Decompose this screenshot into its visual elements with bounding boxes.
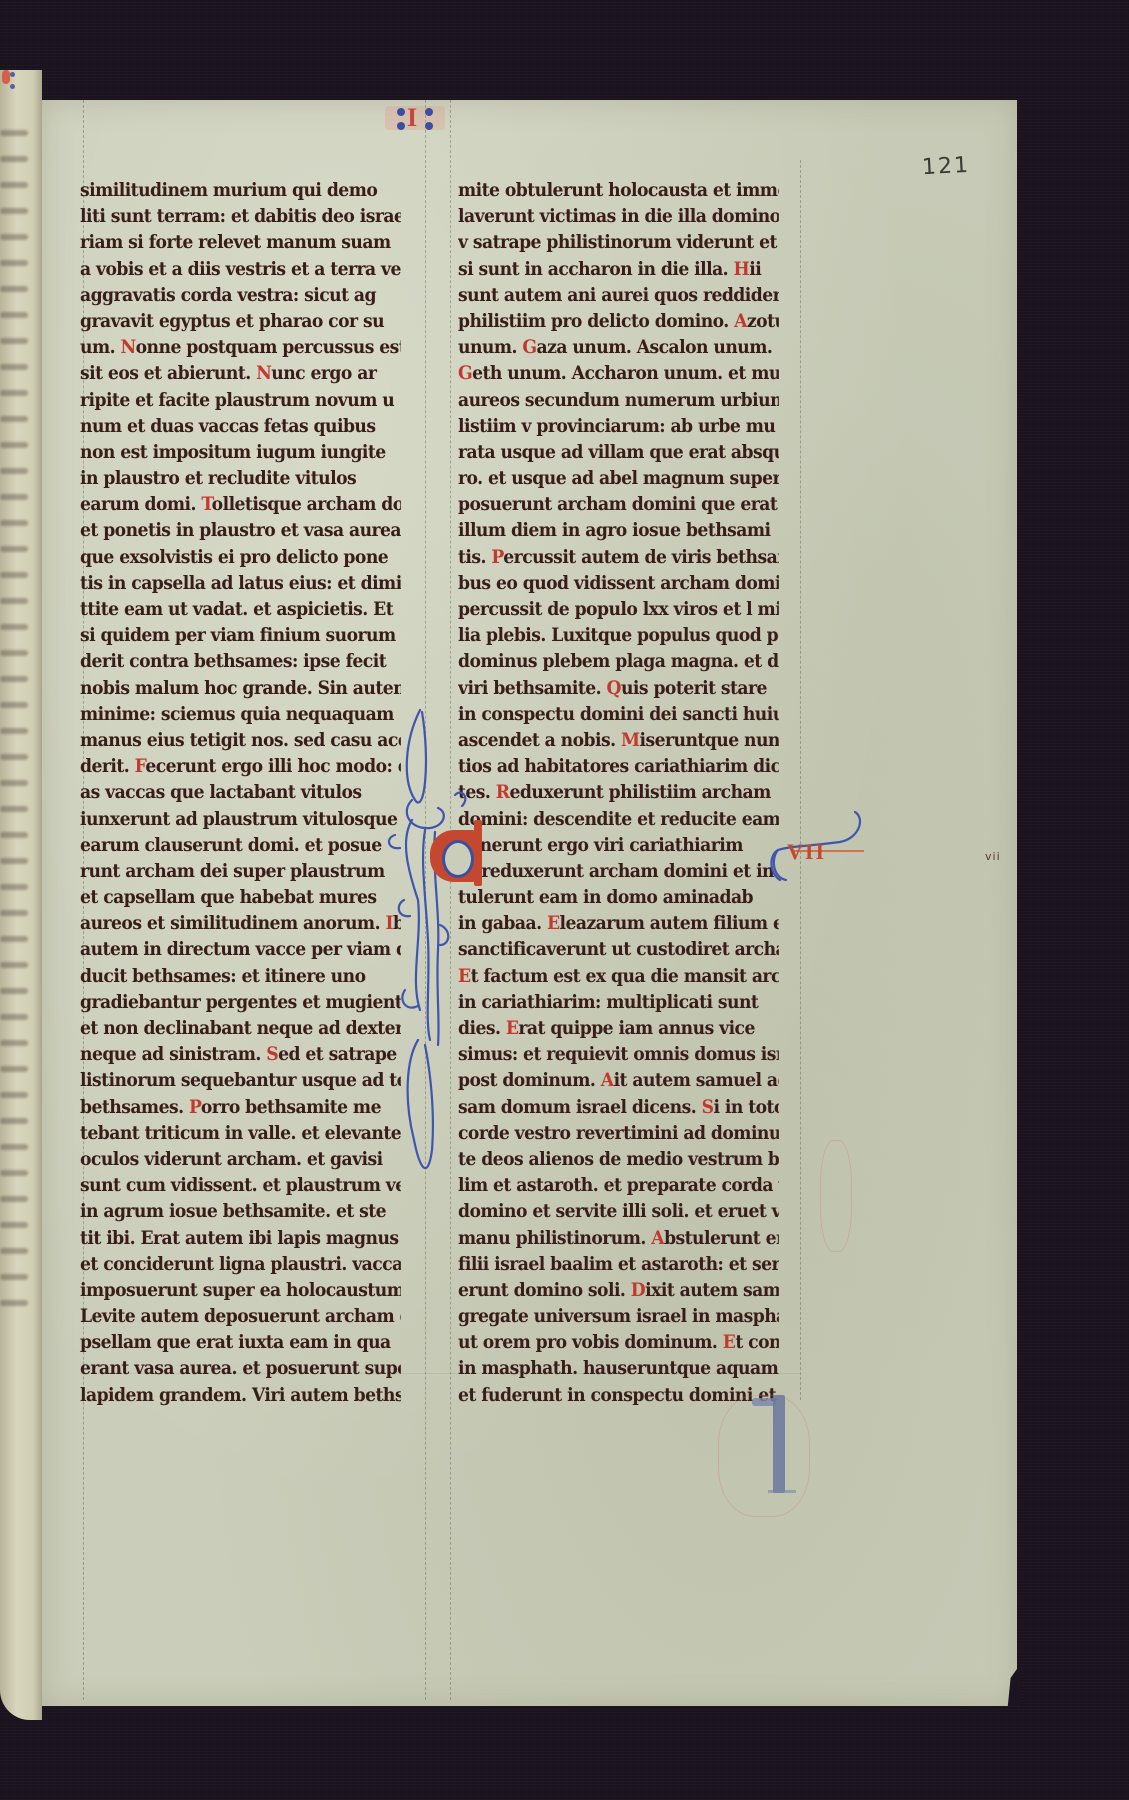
underdrawing-sketch	[718, 1395, 810, 1517]
text-line: in plaustro et recludite vitulos	[80, 466, 401, 492]
text-line: percussit de populo lxx viros et l mi	[458, 597, 779, 623]
bleed-through-text	[0, 806, 28, 812]
text-line: sunt autem ani aurei quos reddiderunt	[458, 283, 779, 309]
text-line: v satrape philistinorum viderunt et reve…	[458, 230, 779, 256]
text-line: erunt domino soli. Dixit autem samuel. C…	[458, 1278, 779, 1304]
text-line: tit ibi. Erat autem ibi lapis magnus	[80, 1226, 401, 1252]
rubricated-capital: M	[621, 730, 639, 751]
bleed-through-text	[0, 988, 28, 994]
text-line: dominus plebem plaga magna. et dixerunt	[458, 649, 779, 675]
text-line: et reduxerunt archam domini et in	[458, 859, 779, 885]
text-line: listinorum sequebantur usque ad terminos	[80, 1068, 401, 1094]
text-line: gregate universum israel in masphath	[458, 1304, 779, 1330]
bleed-through-text	[0, 1014, 28, 1020]
text-line: illum diem in agro iosue bethsami	[458, 518, 779, 544]
initial-filigree	[442, 840, 474, 878]
bleed-through-text	[0, 156, 28, 162]
text-line: neque ad sinistram. Sed et satrape phi	[80, 1042, 401, 1068]
bleed-through-text	[0, 962, 28, 968]
bleed-through-text	[0, 442, 28, 448]
text-column-right: mite obtulerunt holocausta et immolaveru…	[458, 178, 803, 1409]
bleed-through-text	[0, 754, 28, 760]
rubricated-capital: I	[385, 913, 392, 934]
text-line: bethsames. Porro bethsamite me	[80, 1095, 401, 1121]
bleed-through-text	[0, 676, 28, 682]
text-line: si quidem per viam finium suorum ascen	[80, 623, 401, 649]
text-line: as vaccas que lactabant vitulos	[80, 780, 401, 806]
text-line: domino et servite illi soli. et eruet vo…	[458, 1199, 779, 1225]
text-line: autem in directum vacce per viam que	[80, 937, 401, 963]
rubric-mark	[2, 70, 10, 84]
text-line: tios ad habitatores cariathiarim dicen	[458, 754, 779, 780]
bleed-through-text	[0, 390, 28, 396]
text-line: manu philistinorum. Abstulerunt ergo	[458, 1226, 779, 1252]
text-line: sam domum israel dicens. Si in toto	[458, 1095, 779, 1121]
text-line: philistiim pro delicto domino. Azotus	[458, 309, 779, 335]
blue-dot-icon	[10, 72, 15, 77]
text-line: minime: sciemus quia nequaquam	[80, 702, 401, 728]
text-line: imposuerunt super ea holocaustum domino.	[80, 1278, 401, 1304]
text-line: riam si forte relevet manum suam	[80, 230, 401, 256]
underdrawing-sketch	[820, 1140, 852, 1252]
ruling-line	[425, 100, 426, 1700]
bleed-through-text	[0, 182, 28, 188]
bleed-through-text	[0, 1118, 28, 1124]
bleed-through-text	[0, 702, 28, 708]
bleed-through-text	[0, 260, 28, 266]
text-line: viri bethsamite. Quis poterit stare	[458, 676, 779, 702]
running-head: I	[385, 104, 445, 132]
rubricated-capital: H	[734, 259, 750, 280]
text-line: aggravatis corda vestra: sicut ag	[80, 283, 401, 309]
bleed-through-text	[0, 1144, 28, 1150]
text-line: que exsolvistis ei pro delicto pone	[80, 545, 401, 571]
text-line: lapidem grandem. Viri autem bethsa	[80, 1383, 401, 1409]
rubricated-capital: A	[651, 1228, 664, 1249]
bleed-through-text	[0, 1196, 28, 1202]
text-line: lia plebis. Luxitque populus quod percus…	[458, 623, 779, 649]
rubricated-capital: A	[734, 311, 747, 332]
initial-i-base	[768, 1490, 796, 1493]
bleed-through-text	[0, 598, 28, 604]
bleed-through-text	[0, 1300, 28, 1306]
text-line: et ponetis in plaustro et vasa aurea	[80, 518, 401, 544]
bleed-through-text	[0, 130, 28, 136]
text-line: aureos secundum numerum urbium phi	[458, 388, 779, 414]
text-line: liti sunt terram: et dabitis deo israel …	[80, 204, 401, 230]
bleed-through-text	[0, 416, 28, 422]
text-line: te deos alienos de medio vestrum baa	[458, 1147, 779, 1173]
text-line: listiim v provinciarum: ab urbe mu	[458, 414, 779, 440]
margin-chapter-note: vii	[985, 850, 1001, 863]
ruling-line	[450, 100, 451, 1700]
text-line: ripite et facite plaustrum novum u	[80, 388, 401, 414]
text-line: runt archam dei super plaustrum	[80, 859, 401, 885]
text-line: posuerunt archam domini que erat usque i…	[458, 492, 779, 518]
bleed-through-text	[0, 936, 28, 942]
text-line: et non declinabant neque ad dexteram	[80, 1016, 401, 1042]
blue-dot-icon	[397, 108, 405, 116]
bleed-through-text	[0, 234, 28, 240]
text-line: unum. Gaza unum. Ascalon unum.	[458, 335, 779, 361]
rubricated-capital: E	[458, 966, 471, 987]
text-line: similitudinem murium qui demo	[80, 178, 401, 204]
text-line: ascendet a nobis. Miseruntque nun	[458, 728, 779, 754]
text-line: non est impositum iugum iungite	[80, 440, 401, 466]
text-line: et capsellam que habebat mures	[80, 885, 401, 911]
bleed-through-text	[0, 884, 28, 890]
rubricated-capital: G	[458, 363, 472, 384]
bleed-through-text	[0, 624, 28, 630]
text-line: tis in capsella ad latus eius: et dimi	[80, 571, 401, 597]
text-line: tes. Reduxerunt philistiim archam	[458, 780, 779, 806]
bleed-through-text	[0, 1040, 28, 1046]
text-line: filii israel baalim et astaroth: et serv…	[458, 1252, 779, 1278]
unfinished-initial-i	[773, 1395, 785, 1493]
text-line: Geth unum. Accharon unum. et mures	[458, 361, 779, 387]
text-line: ro. et usque ad abel magnum super quem	[458, 466, 779, 492]
rubricated-capital: N	[120, 337, 135, 358]
bleed-through-text	[0, 1248, 28, 1254]
text-line: ducit bethsames: et itinere uno	[80, 964, 401, 990]
blue-dot-icon	[397, 122, 405, 130]
bleed-through-text	[0, 572, 28, 578]
text-column-left: similitudinem murium qui demoliti sunt t…	[80, 178, 425, 1409]
text-line: nobis malum hoc grande. Sin autem	[80, 676, 401, 702]
text-line: a vobis et a diis vestris et a terra ves…	[80, 257, 401, 283]
text-line: psellam que erat iuxta eam in qua	[80, 1330, 401, 1356]
text-line: gradiebantur pergentes et mugientes	[80, 990, 401, 1016]
folio-number: 121	[921, 153, 970, 180]
bleed-through-text	[0, 364, 28, 370]
text-line: earum clauserunt domi. et posue	[80, 833, 401, 859]
rubricated-capital: E	[506, 1018, 519, 1039]
blue-dot-icon	[425, 122, 433, 130]
bleed-through-text	[0, 1092, 28, 1098]
text-line: post dominum. Ait autem samuel ad univer	[458, 1068, 779, 1094]
text-line: manus eius tetigit nos. sed casu accid	[80, 728, 401, 754]
bleed-through-text	[0, 1222, 28, 1228]
text-line: Levite autem deposuerunt archam dei et c…	[80, 1304, 401, 1330]
blue-dot-icon	[425, 108, 433, 116]
bleed-through-text	[0, 494, 28, 500]
running-head-letter: I	[407, 104, 417, 132]
bleed-through-text	[0, 832, 28, 838]
initial-stem	[474, 820, 482, 886]
rubricated-capital: P	[491, 547, 503, 568]
bleed-through-text	[0, 546, 28, 552]
text-line: in agrum iosue bethsamite. et ste	[80, 1199, 401, 1225]
text-line: tebant triticum in valle. et elevantes	[80, 1121, 401, 1147]
rubricated-capital: S	[702, 1097, 714, 1118]
text-line: sanctificaverunt ut custodiret archam do…	[458, 937, 779, 963]
bleed-through-text	[0, 312, 28, 318]
text-line: et conciderunt ligna plaustri. vaccasque	[80, 1252, 401, 1278]
text-line: sit eos et abierunt. Nunc ergo ar	[80, 361, 401, 387]
text-line: corde vestro revertimini ad dominum: auf…	[458, 1121, 779, 1147]
bleed-through-text	[0, 910, 28, 916]
rubricated-capital: E	[547, 913, 560, 934]
bleed-through-text	[0, 208, 28, 214]
text-line: tis. Percussit autem de viris bethsamita	[458, 545, 779, 571]
text-line: tulerunt eam in domo aminadab	[458, 885, 779, 911]
bleed-through-text	[0, 1066, 28, 1072]
rubricated-capital: S	[266, 1044, 278, 1065]
rubricated-capital: G	[522, 337, 536, 358]
text-line: iunxerunt ad plaustrum vitulosque	[80, 807, 401, 833]
torn-corner	[1005, 1666, 1019, 1706]
bleed-through-text	[0, 650, 28, 656]
rubricated-capital: A	[601, 1070, 614, 1091]
rubricated-capital: Q	[607, 678, 621, 699]
text-line: oculos viderunt archam. et gavisi	[80, 1147, 401, 1173]
text-line: Venerunt ergo viri cariathiarim	[458, 833, 779, 859]
text-line: num et duas vaccas fetas quibus	[80, 414, 401, 440]
text-line: si sunt in accharon in die illa. Hii	[458, 257, 779, 283]
text-line: simus: et requievit omnis domus israel	[458, 1042, 779, 1068]
rubricated-capital: F	[135, 756, 146, 777]
bleed-through-text	[0, 468, 28, 474]
bleed-through-text	[0, 858, 28, 864]
rubricated-capital: P	[189, 1097, 201, 1118]
text-line: aureos et similitudinem anorum. Ibant	[80, 911, 401, 937]
text-line: gravavit egyptus et pharao cor su	[80, 309, 401, 335]
text-line: domini: descendite et reducite eam ad vo…	[458, 807, 779, 833]
bleed-through-text	[0, 1170, 28, 1176]
rubricated-capital: E	[723, 1332, 736, 1353]
bleed-through-text	[0, 338, 28, 344]
text-line: in masphath. hauseruntque aquam	[458, 1356, 779, 1382]
text-line: dies. Erat quippe iam annus vice	[458, 1016, 779, 1042]
text-line: lim et astaroth. et preparate corda vest…	[458, 1173, 779, 1199]
text-line: ut orem pro vobis dominum. Et convenerun…	[458, 1330, 779, 1356]
decorated-initial	[418, 820, 488, 888]
bleed-through-text	[0, 286, 28, 292]
text-line: derit. Fecerunt ergo illi hoc modo: et t…	[80, 754, 401, 780]
text-line: in conspectu domini dei sancti huius et …	[458, 702, 779, 728]
text-line: earum domi. Tolletisque archam domini	[80, 492, 401, 518]
bleed-through-text	[0, 780, 28, 786]
bleed-through-text	[0, 1274, 28, 1280]
chapter-number: VII	[787, 840, 826, 864]
rubricated-capital: R	[496, 782, 510, 803]
text-line: ttite eam ut vadat. et aspicietis. Et	[80, 597, 401, 623]
text-line: in gabaa. Eleazarum autem filium eius	[458, 911, 779, 937]
text-line: laverunt victimas in die illa domino. Et	[458, 204, 779, 230]
rubricated-capital: D	[631, 1280, 645, 1301]
text-line: rata usque ad villam que erat absque mu	[458, 440, 779, 466]
previous-leaf-edge	[0, 70, 42, 1720]
text-line: sunt cum vidissent. et plaustrum venit	[80, 1173, 401, 1199]
text-line: bus eo quod vidissent archam domini. et	[458, 571, 779, 597]
text-line: in cariathiarim: multiplicati sunt	[458, 990, 779, 1016]
text-line: mite obtulerunt holocausta et immo	[458, 178, 779, 204]
rubricated-capital: N	[256, 363, 271, 384]
text-line: um. Nonne postquam percussus est tunc di…	[80, 335, 401, 361]
text-line: derit contra bethsames: ipse fecit	[80, 649, 401, 675]
chapter-number-text: VII	[787, 839, 826, 864]
rubricated-capital: T	[201, 494, 211, 515]
text-line: erant vasa aurea. et posuerunt super	[80, 1356, 401, 1382]
text-line: Et factum est ex qua die mansit archa	[458, 964, 779, 990]
blue-dot-icon	[10, 84, 15, 89]
bleed-through-text	[0, 728, 28, 734]
bleed-through-text	[0, 520, 28, 526]
